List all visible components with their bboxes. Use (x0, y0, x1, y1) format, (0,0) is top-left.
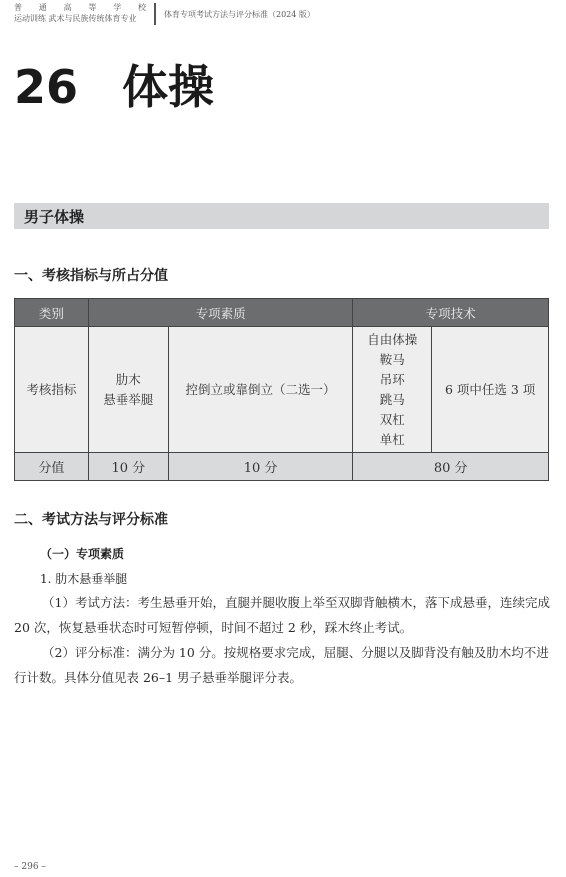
technique-item: 吊环 (353, 370, 431, 390)
page-number: – 296 – (14, 862, 46, 872)
cell-line: 肋木 (89, 370, 168, 390)
quality-item-1: 肋木 悬垂举腿 (88, 327, 168, 453)
score-label: 分值 (15, 453, 89, 481)
chapter-name: 体操 (122, 56, 214, 118)
header-quality: 专项素质 (88, 299, 353, 327)
chapter-title: 26 体操 (14, 56, 214, 118)
part1-heading: 一、考核指标与所占分值 (14, 265, 168, 285)
score-quality-2: 10 分 (168, 453, 353, 481)
technique-item: 鞍马 (353, 350, 431, 370)
section-title: 男子体操 (24, 206, 84, 227)
school-char: 通 (39, 2, 47, 13)
header-category: 类别 (15, 299, 89, 327)
paragraph-scoring: （2）评分标准：满分为 10 分。按规格要求完成，屈腿、分腿以及脚背没有触及肋木… (14, 640, 550, 690)
major-line: 运动训练 武术与民族传统体育专业 (14, 13, 146, 24)
part2-heading: 二、考试方法与评分标准 (14, 509, 168, 529)
paragraph-method: （1）考试方法：考生悬垂开始，直腿并腿收腹上举至双脚背触横木，落下成悬垂，连续完… (14, 590, 550, 640)
school-char: 等 (88, 2, 96, 13)
quality-item-2: 控倒立或靠倒立（二选一） (168, 327, 353, 453)
technique-items: 自由体操 鞍马 吊环 跳马 双杠 单杠 (353, 327, 432, 453)
school-line: 普 通 高 等 学 校 (14, 2, 146, 13)
school-char: 普 (14, 2, 22, 13)
technique-item: 单杠 (353, 430, 431, 450)
technique-item: 跳马 (353, 390, 431, 410)
score-quality-1: 10 分 (88, 453, 168, 481)
table-header-row: 类别 专项素质 专项技术 (15, 299, 549, 327)
indicator-label: 考核指标 (15, 327, 89, 453)
technique-item: 双杠 (353, 410, 431, 430)
chapter-number: 26 (14, 56, 78, 118)
technique-item: 自由体操 (353, 330, 431, 350)
table-row-scores: 分值 10 分 10 分 80 分 (15, 453, 549, 481)
assessment-table: 类别 专项素质 专项技术 考核指标 肋木 悬垂举腿 控倒立或靠倒立（二选一） 自… (14, 298, 549, 481)
technique-rule: 6 项中任选 3 项 (432, 327, 549, 453)
school-char: 校 (138, 2, 146, 13)
cell-line: 悬垂举腿 (89, 390, 168, 410)
running-head-divider (154, 3, 156, 25)
section-bar: 男子体操 (14, 203, 549, 229)
school-char: 高 (64, 2, 72, 13)
score-technique: 80 分 (353, 453, 549, 481)
subheading: （一）专项素质 (40, 545, 124, 562)
book-title: 体育专项考试方法与评分标准（2024 版） (164, 9, 315, 20)
running-head-left: 普 通 高 等 学 校 运动训练 武术与民族传统体育专业 (14, 2, 146, 24)
table-row-indicators: 考核指标 肋木 悬垂举腿 控倒立或靠倒立（二选一） 自由体操 鞍马 吊环 跳马 … (15, 327, 549, 453)
school-char: 学 (113, 2, 121, 13)
item-title: 1. 肋木悬垂举腿 (40, 570, 127, 587)
header-technique: 专项技术 (353, 299, 549, 327)
